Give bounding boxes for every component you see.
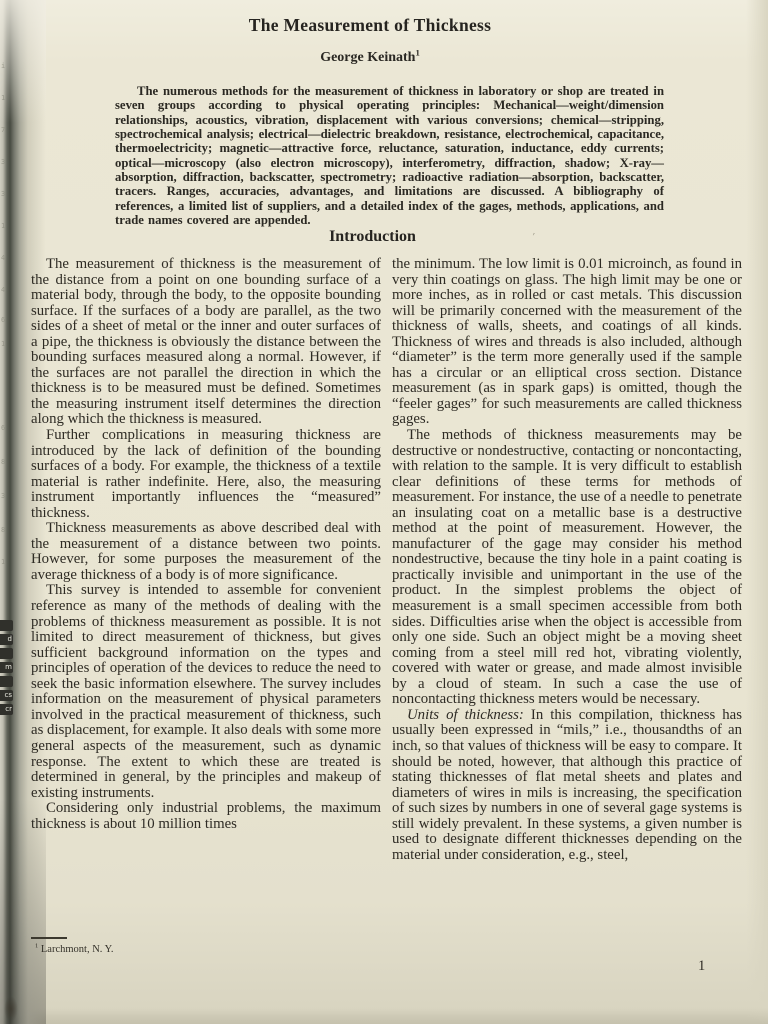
footnote-marker: 1 — [35, 943, 38, 950]
author-line: George Keinath1 — [0, 50, 740, 66]
author-name: George Keinath — [320, 50, 415, 65]
page-number: 1 — [698, 958, 705, 975]
section-heading-introduction: Introduction — [0, 228, 745, 246]
paper-title: The Measurement of Thickness — [0, 15, 740, 36]
left-edge-mark: 3 — [1, 158, 5, 166]
left-edge-mark: 3 — [1, 190, 5, 198]
paragraph: Thickness measurements as above describe… — [31, 521, 381, 583]
paragraph: The methods of thickness measurements ma… — [392, 428, 742, 708]
paragraph: The measurement of thickness is the meas… — [31, 257, 381, 428]
footnote-separator-rule — [31, 937, 67, 939]
left-edge-mark: 6 — [1, 424, 5, 432]
paragraph-units-of-thickness: Units of thickness: In this compilation,… — [392, 708, 742, 863]
abstract-paragraph: The numerous methods for the measurement… — [115, 84, 664, 227]
paragraph: This survey is intended to assemble for … — [31, 583, 381, 801]
left-edge-chip — [0, 676, 13, 687]
left-edge-mark: 3 — [1, 492, 5, 500]
left-edge-chip: cr — [0, 704, 13, 715]
left-edge-chip — [0, 648, 13, 659]
left-column: The measurement of thickness is the meas… — [31, 257, 381, 832]
paragraph: Considering only industrial problems, th… — [31, 801, 381, 832]
footnote-text: Larchmont, N. Y. — [41, 944, 114, 955]
left-edge-mark: 1 — [1, 94, 5, 102]
units-lead-italic: Units of thickness: — [407, 707, 524, 723]
left-edge-mark: 4 — [1, 286, 5, 294]
left-edge-chip: cs — [0, 690, 13, 701]
left-edge-chip: d — [0, 634, 13, 645]
footnote: 1 Larchmont, N. Y. — [35, 944, 114, 955]
left-edge-mark: 7 — [1, 126, 5, 134]
left-edge-mark: 1 — [1, 340, 5, 348]
paragraph: Further complications in measuring thick… — [31, 428, 381, 521]
paragraph: the minimum. The low limit is 0.01 micro… — [392, 257, 742, 428]
left-edge-chip — [0, 620, 13, 631]
bottom-left-corner-shadow — [4, 996, 18, 1022]
right-edge-shadow — [746, 0, 768, 1024]
left-edge-mark: 8 — [1, 526, 5, 534]
bottom-edge-shadow — [0, 1008, 768, 1024]
left-edge-chip: m — [0, 662, 13, 673]
left-edge-mark: 1 — [1, 558, 5, 566]
left-edge-mark: 8 — [1, 458, 5, 466]
units-text: In this compilation, thickness has usual… — [392, 707, 742, 863]
author-footnote-marker: 1 — [415, 47, 419, 57]
right-column: the minimum. The low limit is 0.01 micro… — [392, 257, 742, 863]
left-edge-mark: 4 — [1, 254, 5, 262]
left-edge-mark: 6 — [1, 316, 5, 324]
